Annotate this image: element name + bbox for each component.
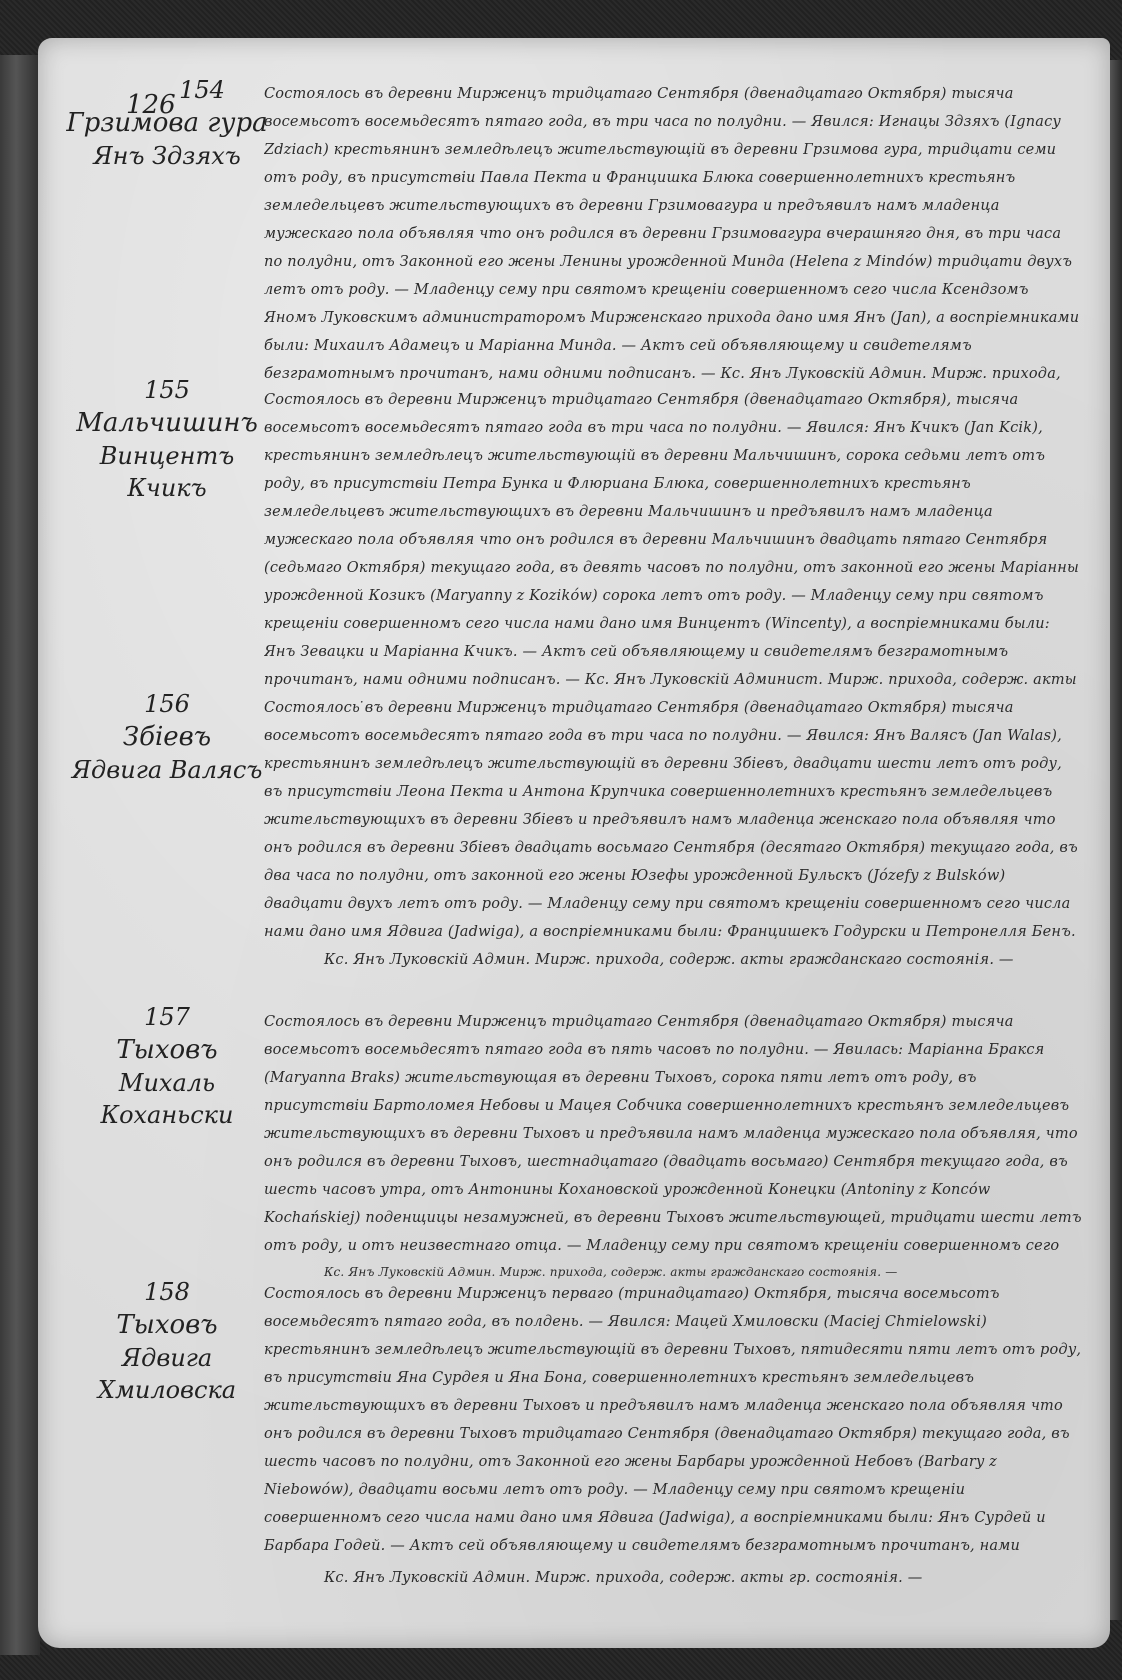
book-binding-right xyxy=(1110,60,1122,1620)
entry-number: 155 xyxy=(62,376,272,404)
entry-margin: 155 Мальчишинъ Винцентъ Кчикъ xyxy=(62,376,272,504)
entry-signature: Кс. Янъ Луковскій Админ. Мирж. прихода, … xyxy=(264,1564,1082,1592)
entry-place: Грзимова гура xyxy=(62,106,272,140)
register-page: 126 154 Грзимова гура Янъ Здзяхъ Состоял… xyxy=(38,38,1110,1648)
book-binding-left xyxy=(0,55,40,1655)
entry-margin: 154 Грзимова гура Янъ Здзяхъ xyxy=(62,76,272,172)
entry-name: Ядвига Хмиловска xyxy=(62,1342,272,1406)
entry-name: Михаль Коханьски xyxy=(62,1067,272,1131)
entry-signature: Кс. Янъ Луковскій Админ. Мирж. прихода, … xyxy=(264,946,1082,974)
entry-body: Состоялось въ деревни Мирженцъ тридцатаг… xyxy=(264,1008,1082,1260)
entry-body: Состоялось въ деревни Мирженцъ перваго (… xyxy=(264,1280,1082,1560)
entry-place: Збіевъ xyxy=(62,720,272,754)
entry-number: 157 xyxy=(62,1003,272,1031)
entry-number: 154 xyxy=(62,76,272,104)
entry-name: Винцентъ Кчикъ xyxy=(62,440,272,504)
entry-body: Состоялось въ деревни Мирженцъ тридцатаг… xyxy=(264,80,1082,380)
entry-number: 158 xyxy=(62,1278,272,1306)
entry-body: Состоялось въ деревни Мирженцъ тридцатаг… xyxy=(264,386,1082,704)
entry-place: Тыховъ xyxy=(62,1308,272,1342)
entry-margin: 158 Тыховъ Ядвига Хмиловска xyxy=(62,1278,272,1406)
entry-margin: 157 Тыховъ Михаль Коханьски xyxy=(62,1003,272,1131)
entry-margin: 156 Збіевъ Ядвига Валясъ xyxy=(62,690,272,786)
entry-body: Состоялось въ деревни Мирженцъ тридцатаг… xyxy=(264,694,1082,944)
entry-place: Тыховъ xyxy=(62,1033,272,1067)
entry-place: Мальчишинъ xyxy=(62,406,272,440)
entry-name: Янъ Здзяхъ xyxy=(62,140,272,172)
entry-name: Ядвига Валясъ xyxy=(62,754,272,786)
entry-number: 156 xyxy=(62,690,272,718)
